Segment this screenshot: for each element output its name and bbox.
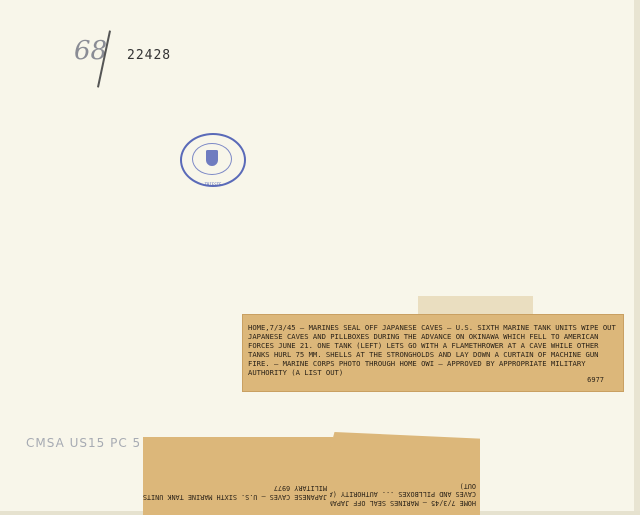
inverted-block: JAPANESE CAVES — U.S. SIXTH MARINE TANK … — [143, 437, 333, 515]
inverted-block: HOME 7/3/45 — MARINES SEAL OFF JAPANESE … — [330, 432, 480, 515]
catalog-number: 22428 — [127, 48, 171, 63]
inverted-caption-text: JAPANESE CAVES — U.S. SIXTH MARINE TANK … — [143, 484, 327, 501]
archive-pencil-note: CMSA US15 PC 5 — [26, 436, 141, 450]
shield-icon — [206, 150, 218, 166]
caption-slip: HOME,7/3/45 — MARINES SEAL OFF JAPANESE … — [242, 314, 624, 392]
paper-edge — [634, 0, 640, 515]
caption-code: 6977 — [587, 376, 604, 384]
caption-text: HOME,7/3/45 — MARINES SEAL OFF JAPANESE … — [248, 323, 618, 377]
torn-caption-left: JAPANESE CAVES — U.S. SIXTH MARINE TANK … — [143, 437, 333, 515]
inverted-caption-text: HOME 7/3/45 — MARINES SEAL OFF JAPANESE … — [330, 482, 476, 508]
archive-stamp-icon: TRIESTE — [180, 133, 246, 187]
stamp-text: TRIESTE — [182, 182, 244, 187]
torn-caption-right: HOME 7/3/45 — MARINES SEAL OFF JAPANESE … — [330, 432, 480, 515]
